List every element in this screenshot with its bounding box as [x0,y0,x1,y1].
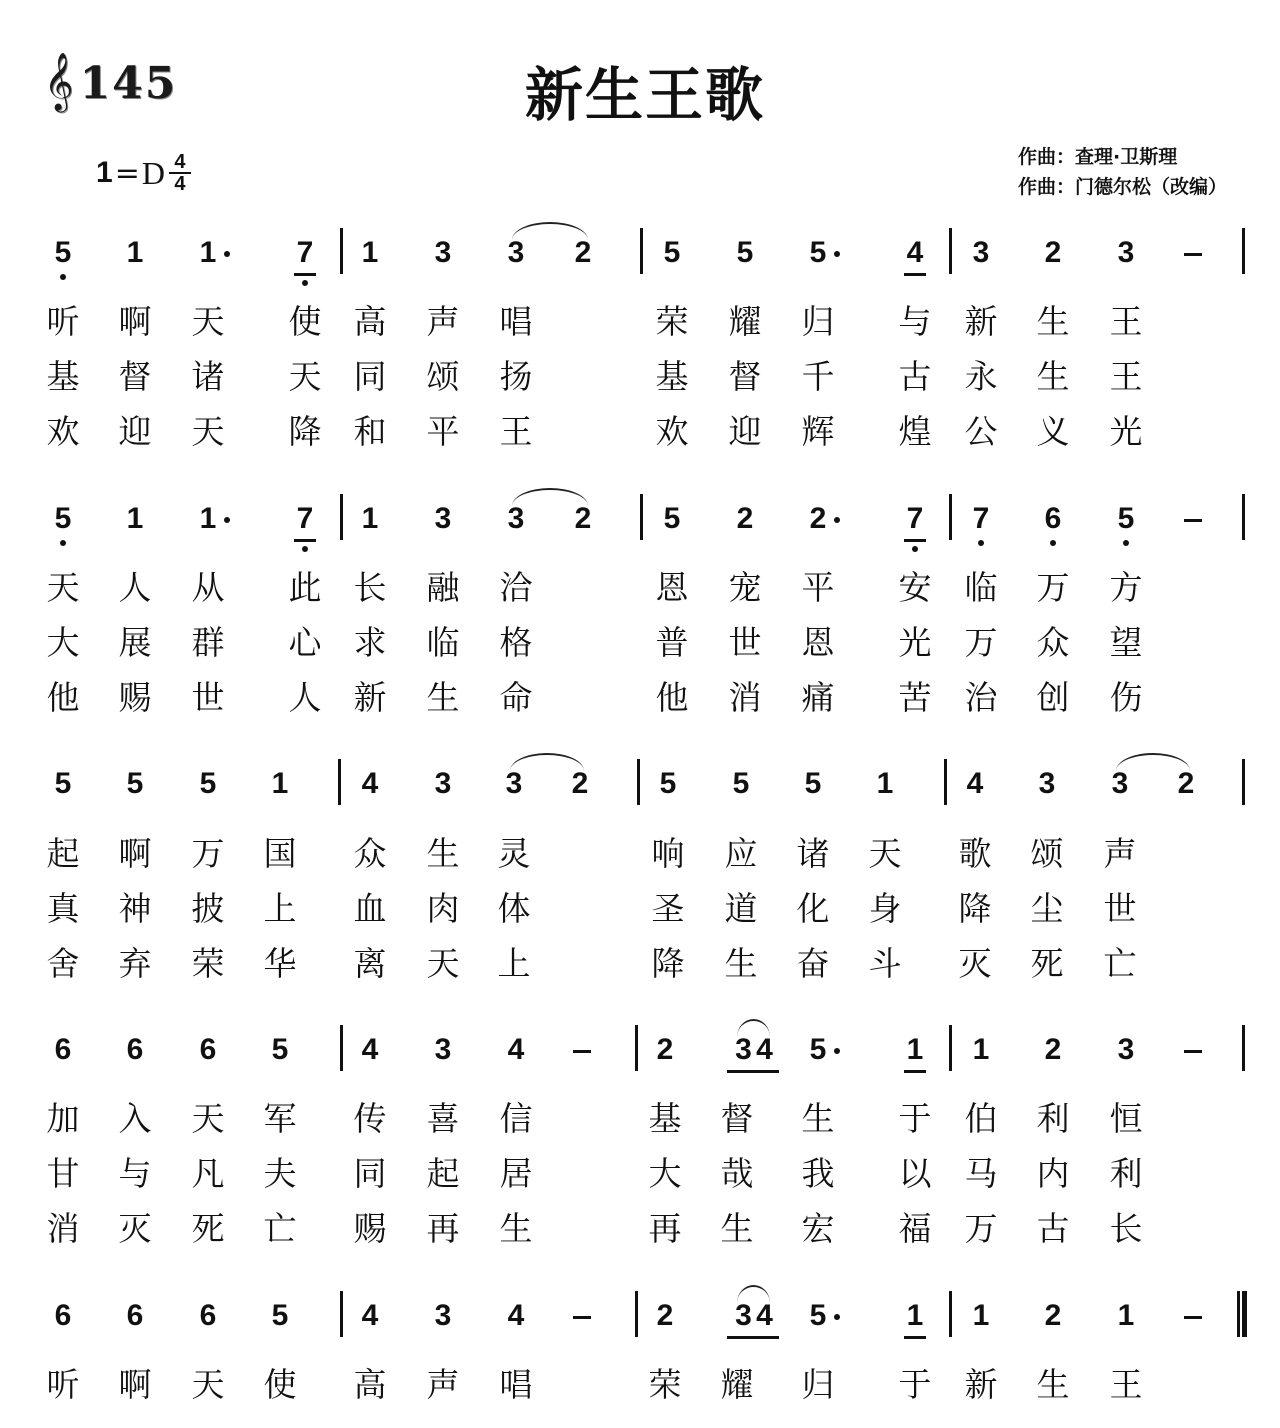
note-digit: 5 [737,236,754,269]
note-digit: 2 [1045,236,1062,269]
note: 6 [1033,502,1073,536]
note: 3 [496,236,536,270]
note-digit: 5 [810,236,827,269]
lyric-char: 众 [1031,623,1075,663]
lyric-char: 融 [421,568,465,608]
note-digit: 5 [810,1033,827,1066]
augmentation-dot [224,517,230,523]
lyric-char: 归 [796,1365,840,1405]
bar-line [635,1291,638,1337]
note: 5 [725,236,765,270]
lyric-char: 离 [348,944,392,984]
eighth-underline [294,539,316,542]
eighth-underline [904,1336,926,1339]
lyric-char: 夫 [258,1154,302,1194]
slur-arc [510,753,584,771]
sustain-dash [1184,1050,1202,1053]
lyric-char: 荣 [643,1365,687,1405]
lyric-char: 安 [893,568,937,608]
lyric-char: 苦 [893,678,937,718]
lyric-char: 大 [643,1154,687,1194]
lyric-char: 王 [1104,1365,1148,1405]
lyric-char: 诸 [186,357,230,397]
note: 3 [494,767,534,801]
bar-line [949,494,952,540]
lyric-char: 方 [1104,568,1148,608]
note: 5 [652,236,692,270]
note: 2 [563,502,603,536]
note-digit: 6 [55,1033,72,1066]
lyric-char: 使 [258,1365,302,1405]
lyric-char: 加 [41,1099,85,1139]
note-digit: 7 [907,502,924,535]
note: 1 [895,1299,935,1333]
lyric-char: 亡 [258,1209,302,1249]
lyric-char: 死 [186,1209,230,1249]
lyric-char: 他 [41,678,85,718]
note: 6 [188,1299,228,1333]
lyric-char: 啊 [113,1365,157,1405]
note-digit: 5 [55,767,72,800]
note: 2 [1033,236,1073,270]
bar-line [338,759,341,805]
lyric-char: 义 [1031,412,1075,452]
lyric-char: 使 [283,302,327,342]
key-tonic: 1 [96,156,113,190]
note-digit: 4 [508,1299,525,1332]
note-digit: 3 4 [735,1033,771,1066]
note-digit: 2 [657,1033,674,1066]
note: 2 [560,767,600,801]
lyric-char: 长 [348,568,392,608]
note: 1 [961,1299,1001,1333]
lyric-char: 天 [186,1365,230,1405]
bar-line [949,1025,952,1071]
lyric-char: 归 [796,302,840,342]
note-digit: 1 [127,502,144,535]
note-digit: 1 [362,236,379,269]
note-digit: 3 [1039,767,1056,800]
note-digit: 5 [55,502,72,535]
note-digit: 2 [575,502,592,535]
note-digit: 6 [127,1299,144,1332]
key-equals: = [115,156,140,191]
lyric-char: 欢 [650,412,694,452]
low-octave-dot [1050,540,1056,546]
note-digit: 1 [127,236,144,269]
note: 5 [260,1299,300,1333]
note: 7 [285,502,325,536]
note-digit: 1 [907,1033,924,1066]
lyric-char: 马 [959,1154,1003,1194]
slur-arc [512,222,588,240]
note: 1 [865,767,905,801]
lyric-char: 天 [863,834,907,874]
augmentation-dot [834,251,840,257]
lyric-char: 血 [348,889,392,929]
lyric-char: 世 [723,623,767,663]
time-signature: 4 4 [169,152,191,194]
lyric-char: 我 [796,1154,840,1194]
lyric-char: 歌 [953,834,997,874]
note: 3 [496,502,536,536]
note-digit: 4 [907,236,924,269]
bar-line [640,494,643,540]
note: 5 [260,1033,300,1067]
bar-line [949,1291,952,1337]
note-digit: 7 [973,502,990,535]
low-octave-dot [1123,540,1129,546]
lyric-char: 宠 [723,568,767,608]
note-digit: 5 [660,767,677,800]
note-digit: 4 [967,767,984,800]
note: 2 [645,1299,685,1333]
bar-line [340,1291,343,1337]
lyric-char: 于 [893,1099,937,1139]
note: 1 [115,502,155,536]
lyric-char: 降 [953,889,997,929]
lyric-char: 新 [959,1365,1003,1405]
note: 6 [115,1299,155,1333]
note: 5 [43,236,83,270]
lyric-char: 肉 [421,889,465,929]
lyric-char: 灵 [492,834,536,874]
lyric-char: 心 [283,623,327,663]
slur-arc [737,1019,770,1037]
key-signature: 1 = D 4 4 [96,152,191,194]
note: 3 4 [733,1033,773,1067]
lyric-char: 临 [421,623,465,663]
lyric-char: 高 [348,302,392,342]
lyric-char: 福 [893,1209,937,1249]
lyric-char: 新 [348,678,392,718]
note-digit: 1 [362,502,379,535]
note-digit: 3 [435,1299,452,1332]
note: 3 [1106,236,1146,270]
note-digit: 5 [664,502,681,535]
augmentation-dot [834,517,840,523]
lyric-char: 永 [959,357,1003,397]
lyric-char: 荣 [186,944,230,984]
lyric-char: 赐 [113,678,157,718]
note: 3 [423,1299,463,1333]
augmentation-dot [834,1048,840,1054]
lyric-char: 格 [494,623,538,663]
lyric-char: 弃 [113,944,157,984]
time-top: 4 [174,152,185,172]
lyric-char: 颂 [421,357,465,397]
lyric-char: 唱 [494,1365,538,1405]
note-digit: 2 [657,1299,674,1332]
note-digit: 5 [272,1033,289,1066]
lyric-char: 耀 [723,302,767,342]
lyric-char: 万 [959,1209,1003,1249]
credits: 作曲：查理·卫斯理 作曲：门德尔松（改编） [1018,142,1227,202]
lyric-char: 喜 [421,1099,465,1139]
lyric-char: 起 [421,1154,465,1194]
note: 5 [188,767,228,801]
note-digit: 3 [506,767,523,800]
note-digit: 3 [1118,1033,1135,1066]
lyric-char: 亡 [1098,944,1142,984]
note: 3 [423,767,463,801]
note: 3 [1106,1033,1146,1067]
lyric-char: 披 [186,889,230,929]
bar-line [1242,759,1245,805]
note: 5 [721,767,761,801]
note: 4 [496,1033,536,1067]
note: 5 [798,1033,838,1067]
note-digit: 2 [1178,767,1195,800]
lyric-char: 万 [959,623,1003,663]
lyric-char: 痛 [796,678,840,718]
lyric-char: 世 [1098,889,1142,929]
lyric-char: 道 [719,889,763,929]
sustain-dash [1184,1316,1202,1319]
lyric-char: 恩 [650,568,694,608]
lyric-char: 高 [348,1365,392,1405]
sustain-dash [573,1050,591,1053]
lyric-char: 公 [959,412,1003,452]
note-digit: 2 [737,502,754,535]
lyric-char: 平 [796,568,840,608]
eighth-underline [727,1070,779,1073]
lyric-char: 迎 [723,412,767,452]
note: 3 [423,502,463,536]
low-octave-dot [912,546,918,552]
note: 1 [895,1033,935,1067]
note: 7 [895,502,935,536]
note-digit: 3 [435,502,452,535]
bar-line [1242,1025,1245,1071]
lyric-char: 化 [791,889,835,929]
note: 5 [43,502,83,536]
lyric-char: 与 [893,302,937,342]
lyric-char: 恒 [1104,1099,1148,1139]
eighth-underline [727,1336,779,1339]
lyric-char: 天 [41,568,85,608]
note: 3 [1027,767,1067,801]
note-digit: 1 [200,236,217,269]
eighth-underline [294,273,316,276]
lyric-char: 新 [959,302,1003,342]
lyric-char: 天 [283,357,327,397]
note-digit: 6 [1045,502,1062,535]
note-digit: 6 [200,1299,217,1332]
note: 2 [725,502,765,536]
note: 4 [895,236,935,270]
lyric-char: 普 [650,623,694,663]
low-octave-dot [302,280,308,286]
lyric-char: 声 [1098,834,1142,874]
lyric-char: 哉 [715,1154,759,1194]
note-digit: 3 [508,502,525,535]
lyric-char: 消 [41,1209,85,1249]
lyric-char: 众 [348,834,392,874]
note-digit: 5 [127,767,144,800]
note: 4 [955,767,995,801]
note: 4 [350,767,390,801]
lyric-char: 同 [348,1154,392,1194]
lyric-char: 万 [1031,568,1075,608]
lyric-char: 宏 [796,1209,840,1249]
note: 1 [961,1033,1001,1067]
low-octave-dot [60,274,66,280]
lyric-char: 临 [959,568,1003,608]
lyric-char: 生 [421,678,465,718]
note: 1 [188,236,228,270]
note-digit: 5 [805,767,822,800]
lyric-char: 啊 [113,834,157,874]
note-digit: 4 [362,767,379,800]
lyric-char: 基 [41,357,85,397]
augmentation-dot [834,1314,840,1320]
note-digit: 4 [362,1299,379,1332]
bar-line [635,1025,638,1071]
page-title: 新生王歌 [0,48,1280,132]
note-digit: 5 [200,767,217,800]
lyric-char: 荣 [650,302,694,342]
note: 1 [115,236,155,270]
lyric-char: 基 [643,1099,687,1139]
note: 3 [961,236,1001,270]
lyric-char: 生 [1031,1365,1075,1405]
note-digit: 1 [200,502,217,535]
lyric-char: 听 [41,1365,85,1405]
note-digit: 3 [1112,767,1129,800]
lyric-char: 古 [893,357,937,397]
note: 5 [115,767,155,801]
sustain-dash [1184,253,1202,256]
note-digit: 3 [508,236,525,269]
note-digit: 4 [362,1033,379,1066]
lyric-char: 生 [715,1209,759,1249]
note: 6 [188,1033,228,1067]
lyric-char: 光 [893,623,937,663]
note: 2 [563,236,603,270]
lyric-char: 世 [186,678,230,718]
lyric-char: 督 [715,1099,759,1139]
eighth-underline [904,1070,926,1073]
lyric-char: 甘 [41,1154,85,1194]
lyric-char: 生 [421,834,465,874]
note: 1 [1106,1299,1146,1333]
note-digit: 7 [297,502,314,535]
lyric-char: 千 [796,357,840,397]
note: 6 [43,1033,83,1067]
note: 3 [423,1033,463,1067]
lyric-char: 王 [494,412,538,452]
note: 4 [350,1299,390,1333]
note-digit: 1 [973,1033,990,1066]
note-digit: 3 [435,767,452,800]
lyric-char: 长 [1104,1209,1148,1249]
lyric-char: 信 [494,1099,538,1139]
note-digit: 6 [200,1033,217,1066]
lyric-char: 命 [494,678,538,718]
lyric-char: 扬 [494,357,538,397]
lyric-char: 煌 [893,412,937,452]
lyric-char: 华 [258,944,302,984]
lyric-char: 平 [421,412,465,452]
lyric-char: 以 [893,1154,937,1194]
lyric-char: 同 [348,357,392,397]
note-digit: 7 [297,236,314,269]
lyric-char: 古 [1031,1209,1075,1249]
lyric-char: 欢 [41,412,85,452]
lyric-char: 王 [1104,302,1148,342]
slur-arc [1116,753,1190,771]
note-digit: 2 [572,767,589,800]
note-digit: 5 [272,1299,289,1332]
lyric-char: 伤 [1104,678,1148,718]
lyric-char: 神 [113,889,157,929]
lyric-char: 基 [650,357,694,397]
note: 3 4 [733,1299,773,1333]
lyric-char: 凡 [186,1154,230,1194]
lyric-char: 与 [113,1154,157,1194]
lyric-char: 督 [723,357,767,397]
lyric-char: 奋 [791,944,835,984]
final-double-bar [1237,1291,1247,1337]
bar-line [1242,494,1245,540]
lyric-char: 体 [492,889,536,929]
note: 4 [496,1299,536,1333]
note: 2 [798,502,838,536]
note-digit: 3 4 [735,1299,771,1332]
note: 5 [43,767,83,801]
note: 1 [260,767,300,801]
eighth-underline [904,539,926,542]
note-digit: 1 [1118,1299,1135,1332]
note-digit: 6 [55,1299,72,1332]
lyric-char: 起 [41,834,85,874]
lyric-char: 迎 [113,412,157,452]
note-digit: 6 [127,1033,144,1066]
lyric-char: 治 [959,678,1003,718]
lyric-char: 传 [348,1099,392,1139]
sustain-dash [1184,519,1202,522]
note-digit: 1 [877,767,894,800]
lyric-char: 洽 [494,568,538,608]
note: 5 [1106,502,1146,536]
composer-credit: 作曲：查理·卫斯理 [1018,142,1227,172]
note-digit: 2 [1045,1033,1062,1066]
lyric-char: 天 [421,944,465,984]
note: 7 [961,502,1001,536]
note-digit: 1 [907,1299,924,1332]
lyric-char: 声 [421,302,465,342]
arranger-credit: 作曲：门德尔松（改编） [1018,172,1227,202]
note: 3 [1100,767,1140,801]
lyric-char: 王 [1104,357,1148,397]
note-digit: 3 [1118,236,1135,269]
note-digit: 1 [272,767,289,800]
augmentation-dot [224,251,230,257]
note: 3 [423,236,463,270]
lyric-char: 啊 [113,302,157,342]
note: 2 [1166,767,1206,801]
lyric-char: 于 [893,1365,937,1405]
lyric-char: 和 [348,412,392,452]
lyric-char: 利 [1104,1154,1148,1194]
lyric-char: 再 [421,1209,465,1249]
lyric-char: 望 [1104,623,1148,663]
note-digit: 5 [664,236,681,269]
lyric-char: 上 [258,889,302,929]
lyric-char: 光 [1104,412,1148,452]
note: 5 [798,1299,838,1333]
